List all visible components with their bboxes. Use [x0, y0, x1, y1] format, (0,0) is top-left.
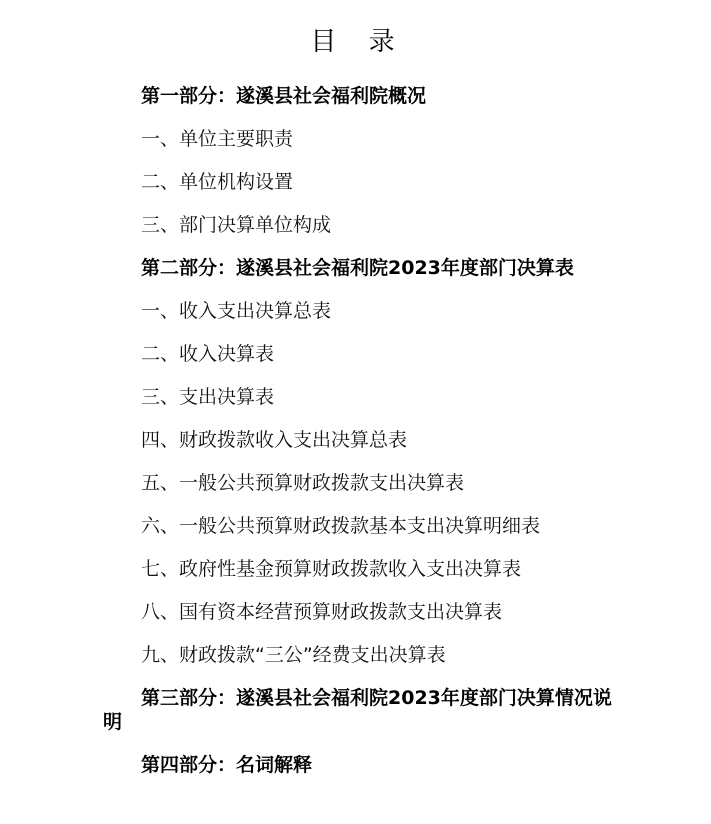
toc-item-2-5[interactable]: 五、一般公共预算财政拨款支出决算表: [103, 471, 623, 514]
toc-item-2-3[interactable]: 三、支出决算表: [103, 385, 623, 428]
toc-item-2-6[interactable]: 六、一般公共预算财政拨款基本支出决算明细表: [103, 514, 623, 557]
toc-part-4[interactable]: 第四部分：名词解释: [103, 753, 623, 796]
toc-part-3-line-2: 明: [103, 710, 613, 734]
table-of-contents: 第一部分：遂溪县社会福利院概况 一、单位主要职责 二、单位机构设置 三、部门决算…: [103, 84, 623, 796]
toc-item-2-1[interactable]: 一、收入支出决算总表: [103, 299, 623, 342]
toc-part-2[interactable]: 第二部分：遂溪县社会福利院2023年度部门决算表: [103, 256, 623, 299]
toc-item-1-2[interactable]: 二、单位机构设置: [103, 170, 623, 213]
toc-item-2-8[interactable]: 八、国有资本经营预算财政拨款支出决算表: [103, 600, 623, 643]
toc-item-2-9[interactable]: 九、财政拨款“三公”经费支出决算表: [103, 643, 623, 686]
toc-title: 目 录: [0, 22, 711, 62]
toc-part-3[interactable]: 第三部分：遂溪县社会福利院2023年度部门决算情况说 明: [103, 686, 613, 734]
toc-part-1[interactable]: 第一部分：遂溪县社会福利院概况: [103, 84, 623, 127]
toc-item-1-3[interactable]: 三、部门决算单位构成: [103, 213, 623, 256]
toc-item-2-2[interactable]: 二、收入决算表: [103, 342, 623, 385]
toc-part-3-line-1: 第三部分：遂溪县社会福利院2023年度部门决算情况说: [103, 686, 613, 710]
toc-item-2-4[interactable]: 四、财政拨款收入支出决算总表: [103, 428, 623, 471]
toc-item-1-1[interactable]: 一、单位主要职责: [103, 127, 623, 170]
toc-item-2-7[interactable]: 七、政府性基金预算财政拨款收入支出决算表: [103, 557, 623, 600]
